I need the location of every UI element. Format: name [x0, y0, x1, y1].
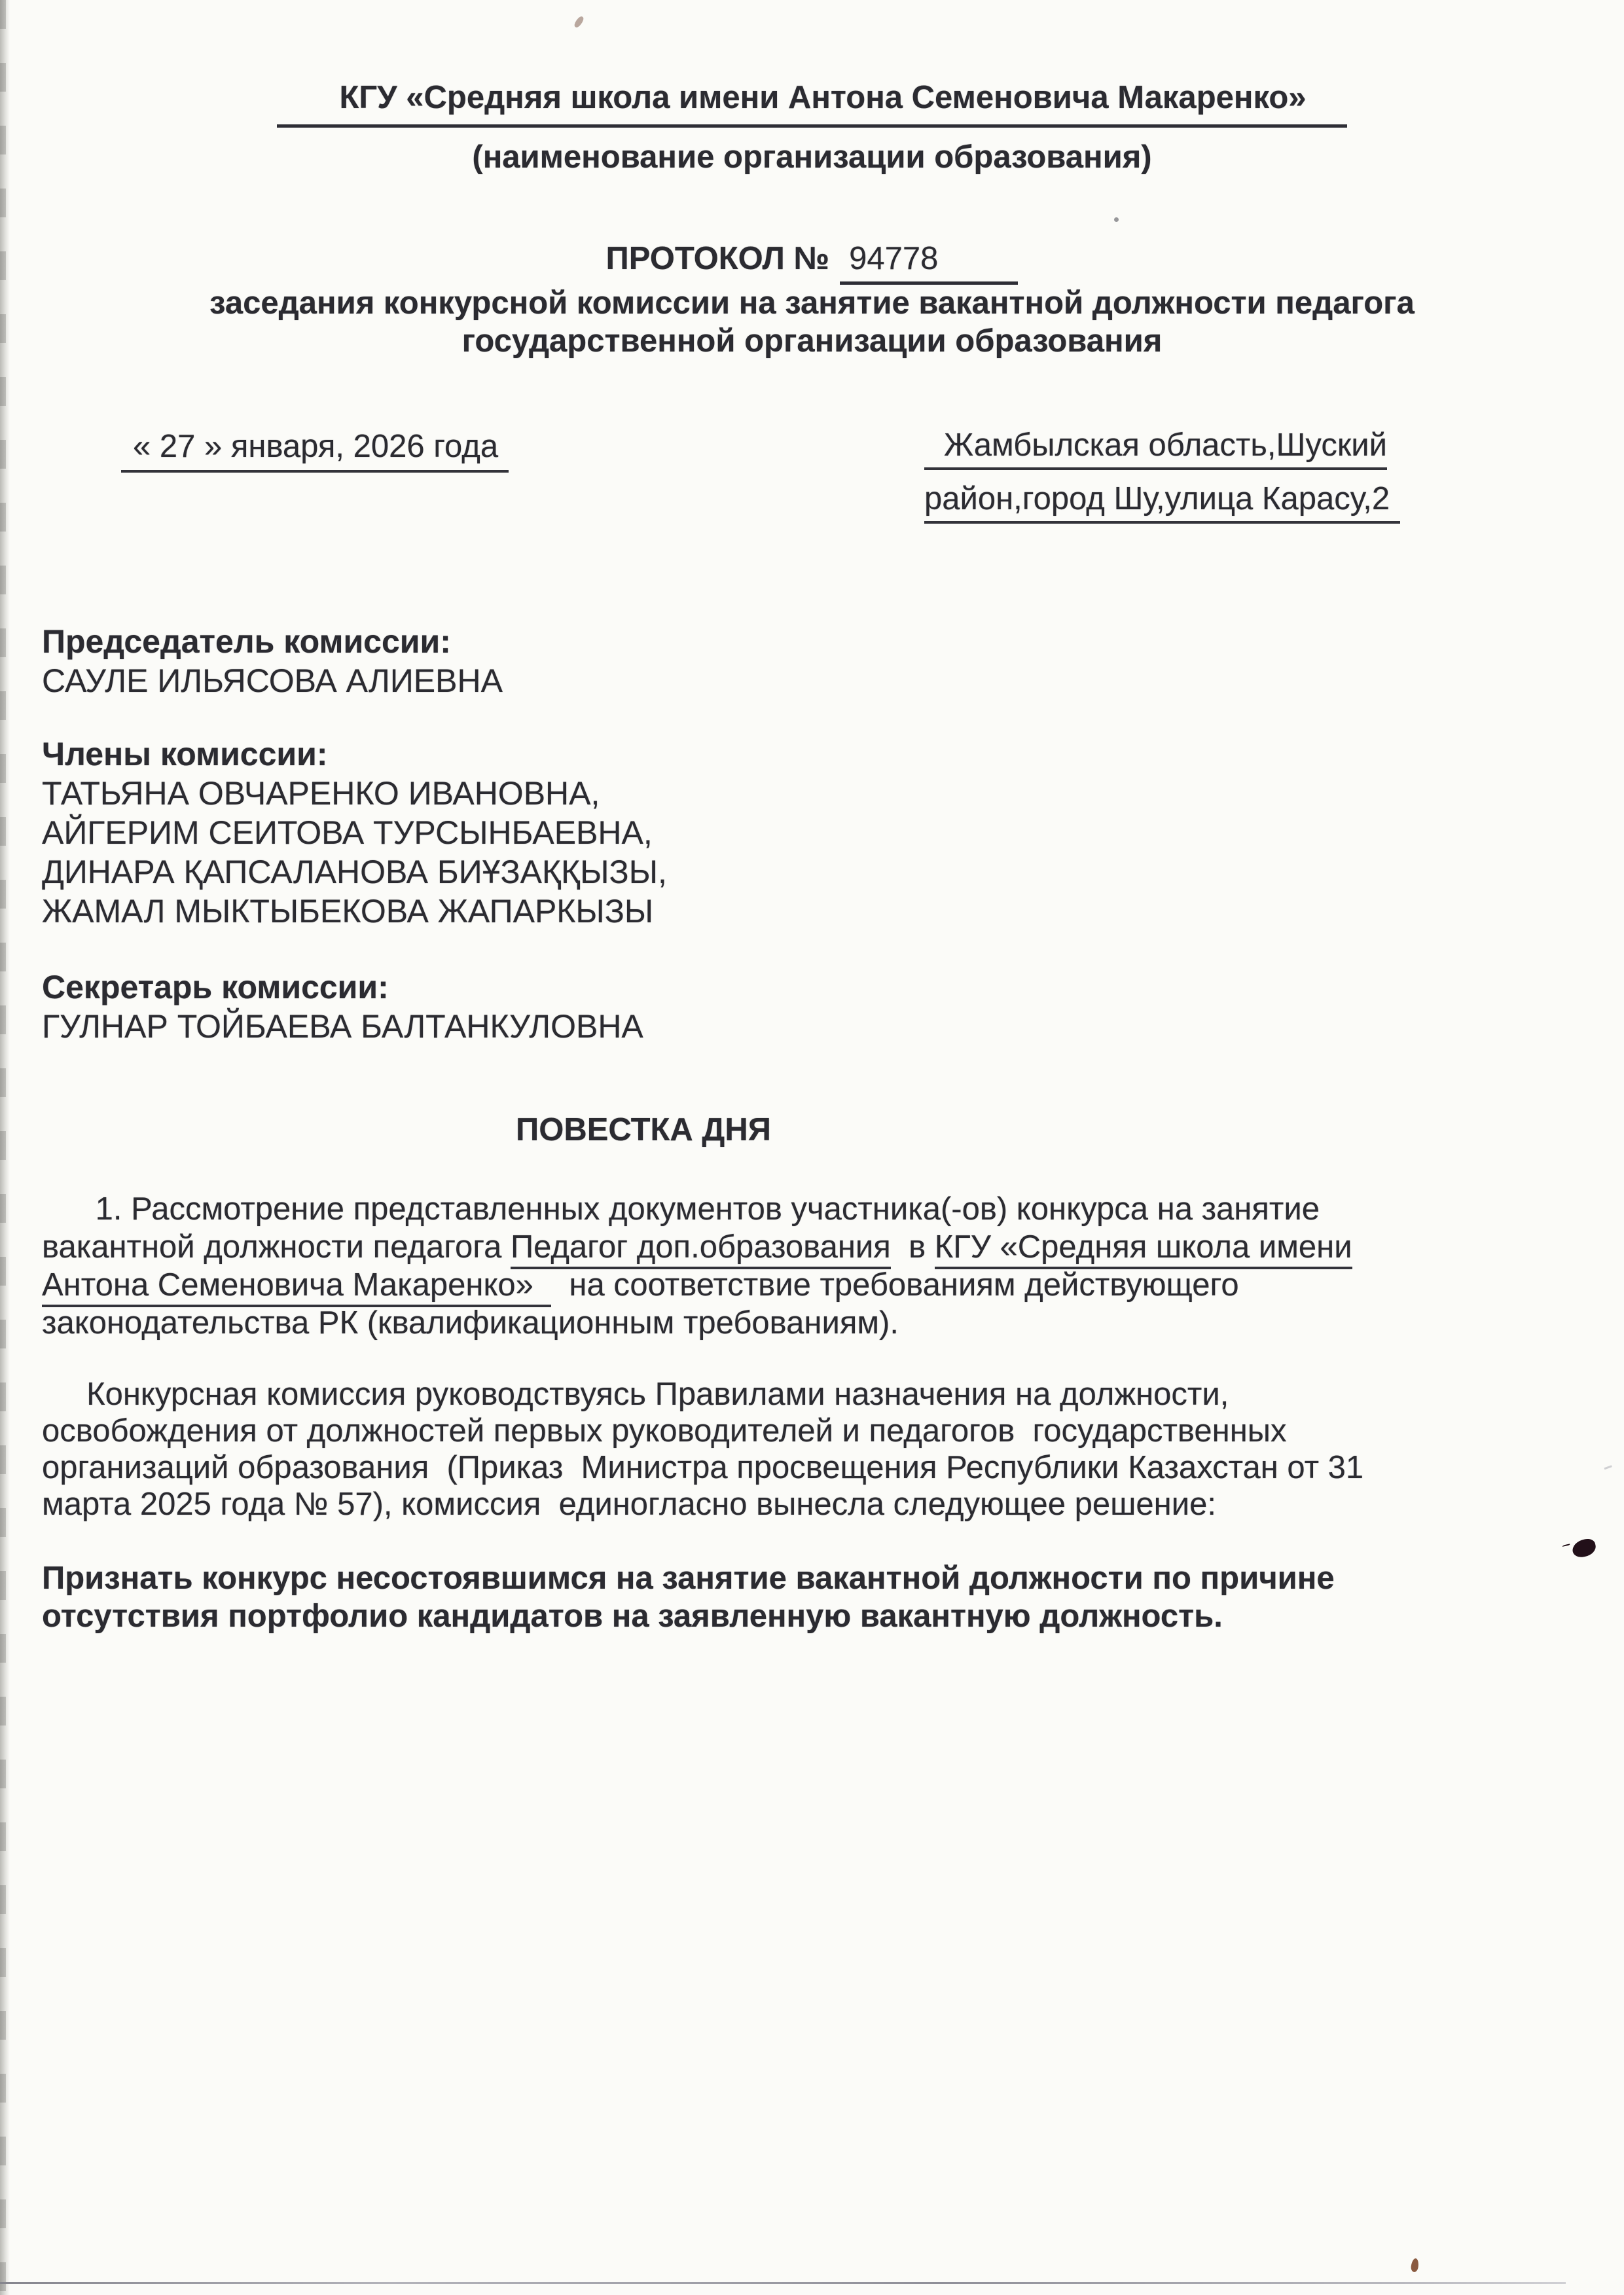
text-segment: Признать конкурс несостоявшимся на занят… — [42, 1561, 1335, 1596]
chair-label: Председатель комиссии: — [42, 622, 503, 661]
text-segment: организаций образования (Приказ Министра… — [42, 1450, 1363, 1485]
org-name-line: КГУ «Средняя школа имени Антона Семенови… — [0, 79, 1624, 128]
text-segment: марта 2025 года № 57), комиссия единогла… — [42, 1487, 1216, 1522]
org-caption: (наименование организации образования) — [0, 138, 1624, 176]
text-segment: Конкурсная комиссия руководствуясь Прави… — [42, 1377, 1229, 1412]
decision-paragraph: Признать конкурс несостоявшимся на занят… — [42, 1559, 1335, 1635]
underlined-text: Антона Семеновича Макаренко» — [42, 1267, 551, 1307]
text-segment: вакантной должности педагога — [42, 1229, 511, 1265]
protocol-title: ПРОТОКОЛ №94778 — [0, 240, 1624, 285]
text-segment: 1. Рассмотрение представленных документо… — [42, 1191, 1320, 1227]
members-label: Члены комиссии: — [42, 734, 667, 774]
protocol-date: « 27 » января, 2026 года — [121, 428, 509, 473]
text-line: законодательства РК (квалификационным тр… — [42, 1304, 1352, 1342]
text-segment: законодательства РК (квалификационным тр… — [42, 1305, 899, 1341]
text-segment: на соответствие требованиям действующего — [551, 1267, 1238, 1303]
org-name: КГУ «Средняя школа имени Антона Семенови… — [277, 79, 1346, 128]
scan-speck — [1114, 217, 1119, 222]
underlined-text: Педагог доп.образования — [511, 1229, 891, 1269]
location-line: Жамбылская область,Шуский — [924, 427, 1400, 470]
text-segment: в — [891, 1229, 935, 1265]
protocol-date-value: « 27 » января, 2026 года — [121, 428, 509, 473]
chair-section: Председатель комиссии: САУЛЕ ИЛЬЯСОВА АЛ… — [42, 622, 503, 700]
agenda-item-1: 1. Рассмотрение представленных документо… — [42, 1190, 1352, 1342]
text-segment: отсутствия портфолио кандидатов на заявл… — [42, 1599, 1223, 1634]
scan-speck — [1604, 1465, 1614, 1474]
secretary-label: Секретарь комиссии: — [42, 967, 643, 1007]
scan-bottom-line — [0, 2282, 1566, 2284]
underlined-text: КГУ «Средняя школа имени — [935, 1229, 1352, 1269]
members-section: Члены комиссии: ТАТЬЯНА ОВЧАРЕНКО ИВАНОВ… — [42, 734, 667, 931]
text-line: отсутствия портфолио кандидатов на заявл… — [42, 1597, 1335, 1635]
location-line-text: Жамбылская область,Шуский — [924, 427, 1387, 470]
scan-speck — [573, 15, 585, 29]
location-line: район,город Шу,улица Карасу,2 — [924, 480, 1400, 524]
protocol-title-label: ПРОТОКОЛ № — [606, 241, 830, 276]
member-name: ТАТЬЯНА ОВЧАРЕНКО ИВАНОВНА, — [42, 774, 667, 813]
member-name: АЙГЕРИМ СЕИТОВА ТУРСЫНБАЕВНА, — [42, 813, 667, 852]
text-line: 1. Рассмотрение представленных документо… — [42, 1190, 1352, 1228]
text-line: организаций образования (Приказ Министра… — [42, 1449, 1363, 1486]
chair-name: САУЛЕ ИЛЬЯСОВА АЛИЕВНА — [42, 661, 503, 700]
location-line-text: район,город Шу,улица Карасу,2 — [924, 480, 1400, 524]
document-header: КГУ «Средняя школа имени Антона Семенови… — [0, 79, 1624, 176]
secretary-section: Секретарь комиссии: ГУЛНАР ТОЙБАЕВА БАЛТ… — [42, 967, 643, 1046]
agenda-heading: ПОВЕСТКА ДНЯ — [516, 1111, 771, 1148]
text-line: Антона Семеновича Макаренко» на соответс… — [42, 1266, 1352, 1304]
text-line: Конкурсная комиссия руководствуясь Прави… — [42, 1376, 1363, 1413]
protocol-number: 94778 — [840, 240, 1018, 285]
text-line: марта 2025 года № 57), комиссия единогла… — [42, 1486, 1363, 1523]
scan-speck — [1411, 2258, 1420, 2272]
agenda-resolution-paragraph: Конкурсная комиссия руководствуясь Прави… — [42, 1376, 1363, 1523]
secretary-name: ГУЛНАР ТОЙБАЕВА БАЛТАНКУЛОВНА — [42, 1007, 643, 1046]
protocol-subtitle: заседания конкурсной комиссии на занятие… — [0, 284, 1624, 360]
member-name: ЖАМАЛ МЫКТЫБЕКОВА ЖАПАРКЫЗЫ — [42, 892, 667, 931]
document-page: КГУ «Средняя школа имени Антона Семенови… — [0, 0, 1624, 2295]
text-segment: освобождения от должностей первых руково… — [42, 1413, 1286, 1449]
ink-blot — [1571, 1538, 1598, 1559]
text-line: освобождения от должностей первых руково… — [42, 1413, 1363, 1449]
protocol-subtitle-line: государственной организации образования — [0, 322, 1624, 360]
text-line: вакантной должности педагога Педагог доп… — [42, 1228, 1352, 1266]
text-line: Признать конкурс несостоявшимся на занят… — [42, 1559, 1335, 1597]
protocol-subtitle-line: заседания конкурсной комиссии на занятие… — [0, 284, 1624, 322]
member-name: ДИНАРА ҚАПСАЛАНОВА БИҰЗАҚҚЫЗЫ, — [42, 852, 667, 892]
protocol-location: Жамбылская область,Шуский район,город Шу… — [924, 427, 1400, 534]
